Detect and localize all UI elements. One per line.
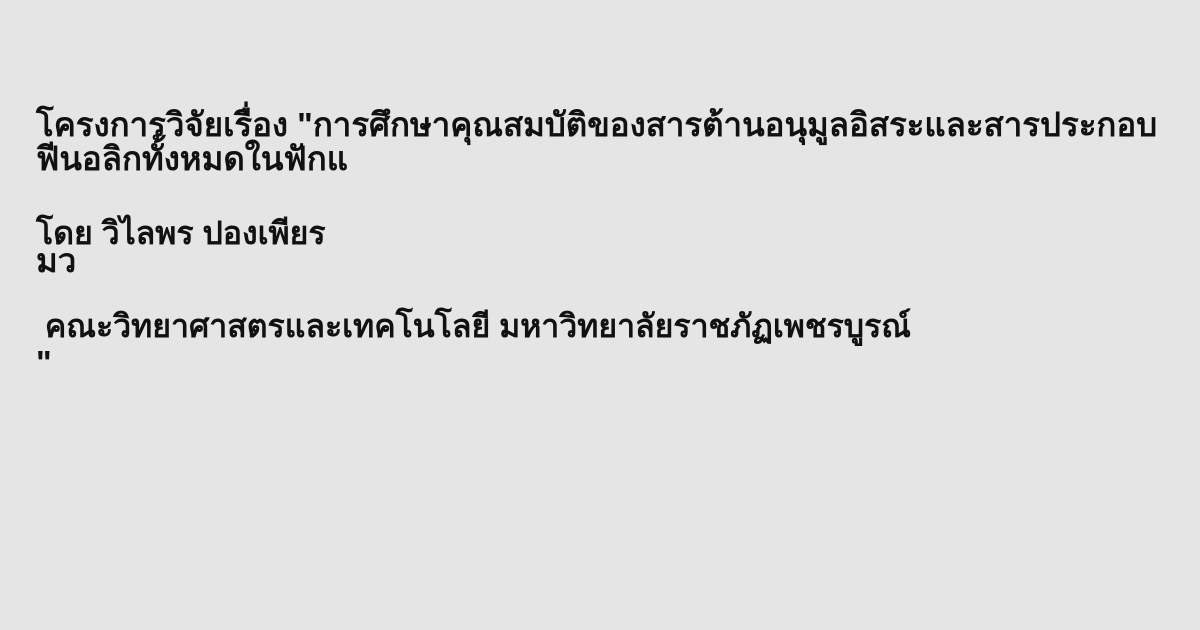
author-line: โดย วิไลพร ปองเพียร — [36, 218, 1176, 249]
research-share-card: โครงการวิจัยเรื่อง "การศึกษาคุณสมบัติของ… — [0, 0, 1200, 630]
byline: โดย วิไลพร ปองเพียร คณะวิทยาศาสตรและเทคโ… — [36, 156, 1176, 404]
affiliation-line: คณะวิทยาศาสตรและเทคโนโลยี มหาวิทยาลัยราช… — [36, 311, 1176, 342]
